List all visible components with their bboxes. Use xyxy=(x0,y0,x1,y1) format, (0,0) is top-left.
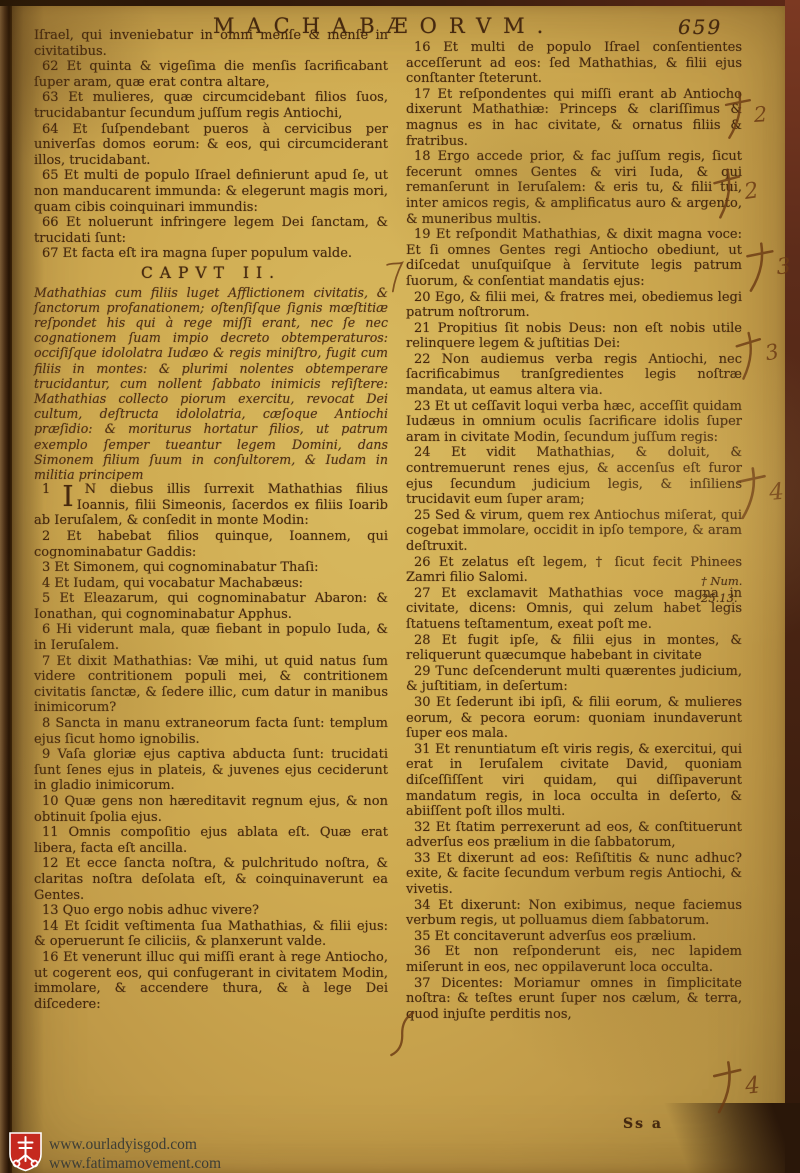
verse-paragraph: 32 Et ſtatim perrexerunt ad eos, & conſt… xyxy=(406,820,742,851)
verse-paragraph: 3 Et Simonem, qui cognominabatur Thaſi: xyxy=(34,560,388,576)
verse-paragraph: 4 Et Iudam, qui vocabatur Machabæus: xyxy=(34,576,388,592)
verse-paragraph: 65 Et multi de populo Iſrael definierunt… xyxy=(34,168,388,215)
ink-stroke-icon xyxy=(741,240,776,297)
book-photo: MACHABÆORVM. 659 Iſrael, qui inveniebatu… xyxy=(0,0,800,1173)
verse-paragraph: 28 Et fugit ipſe, & filii ejus in montes… xyxy=(406,633,742,664)
verse-paragraph: 24 Et vidit Mathathias, & doluit, & cont… xyxy=(406,445,742,507)
verse-paragraph: 37 Dicentes: Moriamur omnes in ſimplicit… xyxy=(406,976,742,1023)
chapter-summary: Mathathias cum filiis luget Afflictionem… xyxy=(34,285,388,483)
verse-paragraph: 27 Et exclamavit Mathathias voce magna i… xyxy=(406,586,742,633)
left-column: Iſrael, qui inveniebatur in omni menſe &… xyxy=(34,28,388,1012)
drop-cap-initial: I xyxy=(54,483,73,509)
ink-stroke-icon xyxy=(707,1058,746,1118)
verse-paragraph: 33 Et dixerunt ad eos: Reſiſtitis & nunc… xyxy=(406,851,742,898)
verse-paragraph: 13 Quo ergo nobis adhuc vivere? xyxy=(34,903,388,919)
verse-paragraph: 62 Et quinta & vigeſima die menſis ſacri… xyxy=(34,59,388,90)
verse-paragraph: 6 Hi viderunt mala, quæ fiebant in popul… xyxy=(34,622,388,653)
verse-paragraph: 19 Et reſpondit Mathathias, & dixit magn… xyxy=(406,227,742,289)
verse-paragraph: 67 Et facta eſt ira magna ſuper populum … xyxy=(34,246,388,262)
verse-list: 16 Et multi de populo Iſrael conſentient… xyxy=(406,40,742,1022)
page-corner-shadow xyxy=(590,1103,800,1173)
verse-paragraph: 23 Et ut ceſſavit loqui verba hæc, acceſ… xyxy=(406,399,742,446)
handwritten-ink-mark: 2 xyxy=(720,89,758,147)
ink-stroke-icon xyxy=(707,165,746,223)
verse-paragraph: 8 Sancta in manu extraneorum facta ſunt:… xyxy=(34,716,388,747)
verse-paragraph: 16 Et venerunt illuc qui miſſi erant à r… xyxy=(34,950,388,1012)
verse-paragraph: 11 Omnis compoſitio ejus ablata eſt. Quæ… xyxy=(34,825,388,856)
verse-paragraph: 34 Et dixerunt: Non exibimus, neque faci… xyxy=(406,898,742,929)
verse-list: 2 Et habebat filios quinque, Ioannem, qu… xyxy=(34,529,388,1012)
verse-paragraph: 35 Et concitaverunt adverſus eos prælium… xyxy=(406,929,742,945)
crest-shield-icon xyxy=(8,1131,43,1172)
verse-paragraph: 25 Sed & virum, quem rex Antiochus miſer… xyxy=(406,508,742,555)
page-number: 659 xyxy=(678,15,722,39)
right-column: 16 Et multi de populo Iſrael conſentient… xyxy=(406,40,742,1022)
verse-number: 1 xyxy=(34,482,50,498)
verse-paragraph: 66 Et noluerunt infringere legem Dei ſan… xyxy=(34,215,388,246)
handwritten-ink-mark xyxy=(387,1008,423,1063)
verse-paragraph: 2 Et habebat filios quinque, Ioannem, qu… xyxy=(34,529,388,560)
verse-paragraph: 63 Et mulieres, quæ circumcidebant filio… xyxy=(34,90,388,121)
verse-paragraph: 7 Et dixit Mathathias: Væ mihi, ut quid … xyxy=(34,654,388,716)
verse-paragraph: 10 Quæ gens non hæreditavit regnum ejus,… xyxy=(34,794,388,825)
margin-note-reference: † Num. 25.13. xyxy=(701,573,793,607)
handwritten-ink-mark: 4 xyxy=(732,464,775,529)
verse-paragraph: 31 Et renuntiatum eſt viris regis, & exe… xyxy=(406,742,742,820)
verse-list: Iſrael, qui inveniebatur in omni menſe &… xyxy=(34,28,388,262)
verse-paragraph: 9 Vaſa gloriæ ejus captiva abducta ſunt:… xyxy=(34,747,388,794)
verse-paragraph: 64 Et ſuſpendebant pueros à cervicibus p… xyxy=(34,122,388,169)
catchword: Ss a xyxy=(598,1116,688,1132)
verse-paragraph: 22 Non audiemus verba regis Antiochi, ne… xyxy=(406,352,742,399)
handwritten-ink-mark xyxy=(383,260,407,300)
verse-paragraph: 21 Propitius ſit nobis Deus: non eſt nob… xyxy=(406,321,742,352)
ink-stroke-icon xyxy=(383,260,405,297)
ink-stroke-icon xyxy=(720,89,754,143)
page-edge-top xyxy=(0,0,800,6)
verse-paragraph-1: 1IN diebus illis ſurrexit Mathathias fil… xyxy=(34,482,388,529)
verse-paragraph: 14 Et ſcidit veſtimenta ſua Mathathias, … xyxy=(34,919,388,950)
verse-paragraph: 26 Et zelatus eſt legem, † ſicut fecit P… xyxy=(406,555,742,586)
handwritten-ink-mark: 4 xyxy=(707,1057,751,1122)
verse-paragraph: 5 Et Eleazarum, qui cognominabatur Abaro… xyxy=(34,591,388,622)
verse-paragraph: 29 Tunc deſcenderunt multi quærentes jud… xyxy=(406,664,742,695)
verse-paragraph: 36 Et non reſponderunt eis, nec lapidem … xyxy=(406,944,742,975)
verse-paragraph: 17 Et reſpondentes qui miſſi erant ab An… xyxy=(406,87,742,149)
verse-paragraph: Iſrael, qui inveniebatur in omni menſe &… xyxy=(34,28,388,59)
watermark: www.ourladyisgod.com www.fatimamovement.… xyxy=(8,1131,221,1173)
ink-stroke-icon xyxy=(387,1008,419,1059)
handwritten-ink-mark: 3 xyxy=(741,239,781,300)
ink-stroke-icon xyxy=(732,464,770,524)
book-spine-edge xyxy=(0,0,12,1173)
verse-paragraph: 30 Et ſederunt ibi ipſi, & filii eorum, … xyxy=(406,695,742,742)
chapter-heading: CAPVT II. xyxy=(34,266,388,282)
verse-paragraph: 16 Et multi de populo Iſrael conſentient… xyxy=(406,40,742,87)
verse-paragraph: 20 Ego, & filii mei, & fratres mei, obed… xyxy=(406,290,742,321)
verse-paragraph: 18 Ergo accede prior, & fac juſſum regis… xyxy=(406,149,742,227)
verse-paragraph: 12 Et ecce ſancta noſtra, & pulchritudo … xyxy=(34,856,388,903)
watermark-url-1: www.ourladyisgod.com xyxy=(49,1135,221,1154)
watermark-url-2: www.fatimamovement.com xyxy=(49,1154,221,1173)
